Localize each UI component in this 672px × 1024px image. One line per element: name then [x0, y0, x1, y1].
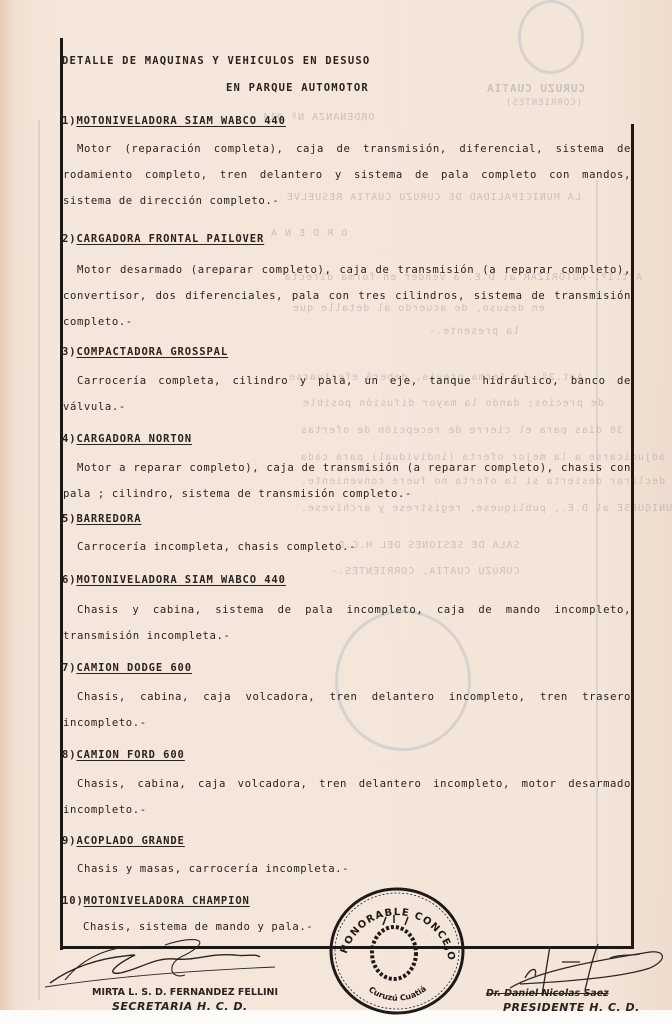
item-heading: 4)CARGADORA NORTON	[62, 433, 192, 445]
item-name: BARREDORA	[76, 513, 141, 525]
item-heading: 9)ACOPLADO GRANDE	[62, 835, 185, 847]
document-title: DETALLE DE MAQUINAS Y VEHICULOS EN DESUS…	[62, 55, 370, 67]
president-name-stamp: Dr. Daniel Nicolas Saez	[486, 988, 609, 999]
ghost-line	[38, 120, 40, 1000]
item-description: Carrocería completa, cilindro y pala, un…	[63, 368, 631, 420]
item-description: Motor (reparación completa), caja de tra…	[63, 136, 631, 214]
secretary-role: SECRETARIA H. C. D.	[112, 1000, 248, 1013]
item-number: 2)	[62, 233, 76, 245]
secretary-name-stamp: MIRTA L. S. D. FERNANDEZ FELLINI	[92, 987, 278, 998]
item-name: CARGADORA FRONTAL PAILOVER	[76, 233, 264, 245]
item-number: 1)	[62, 115, 76, 127]
item-heading: 5)BARREDORA	[62, 513, 141, 525]
ghost-header-city: CURUZU CUATIA	[486, 82, 585, 95]
item-heading: 7)CAMION DODGE 600	[62, 662, 192, 674]
council-seal-icon: HONORABLE CONCEJO DELIBERANTE Curuzú Cua…	[328, 885, 466, 1017]
item-number: 4)	[62, 433, 76, 445]
ghost-order-label: O R D E N A	[270, 228, 347, 239]
item-name: MOTONIVELADORA CHAMPION	[84, 895, 250, 907]
item-description: Chasis y cabina, sistema de pala incompl…	[63, 597, 631, 649]
item-number: 9)	[62, 835, 76, 847]
ghost-line-text: 30 días para el cierre de recepción de o…	[300, 425, 623, 436]
item-description: Carrocería incompleta, chasis completo.-	[63, 534, 631, 560]
item-description: Chasis, cabina, caja volcadora, tren del…	[63, 684, 631, 736]
item-description: Chasis, cabina, caja volcadora, tren del…	[63, 771, 631, 823]
document-subtitle: EN PARQUE AUTOMOTOR	[226, 82, 369, 94]
item-heading: 2)CARGADORA FRONTAL PAILOVER	[62, 233, 264, 245]
item-description: Motor desarmado (areparar completo), caj…	[63, 257, 631, 335]
item-description: Motor a reparar completo), caja de trans…	[63, 455, 631, 507]
item-number: 6)	[62, 574, 76, 586]
item-description: Chasis y masas, carrocería incompleta.-	[63, 856, 631, 882]
item-heading: 10)MOTONIVELADORA CHAMPION	[62, 895, 250, 907]
item-name: MOTONIVELADORA SIAM WABCO 440	[76, 574, 285, 586]
item-number: 3)	[62, 346, 76, 358]
item-name: MOTONIVELADORA SIAM WABCO 440	[76, 115, 285, 127]
item-heading: 8)CAMION FORD 600	[62, 749, 185, 761]
ghost-coat-of-arms-icon	[518, 0, 584, 74]
item-number: 10)	[62, 895, 84, 907]
item-number: 7)	[62, 662, 76, 674]
svg-text:Curuzú Cuatiá: Curuzú Cuatiá	[367, 984, 428, 1003]
item-name: COMPACTADORA GROSSPAL	[76, 346, 228, 358]
item-name: CARGADORA NORTON	[76, 433, 192, 445]
president-role: PRESIDENTE H. C. D.	[503, 1001, 640, 1014]
ghost-line-text: CURUZU CUATIA, CORRIENTES.-	[330, 566, 520, 577]
item-number: 8)	[62, 749, 76, 761]
item-heading: 1)MOTONIVELADORA SIAM WABCO 440	[62, 115, 286, 127]
item-heading: 6)MOTONIVELADORA SIAM WABCO 440	[62, 574, 286, 586]
item-number: 5)	[62, 513, 76, 525]
frame-border-right	[631, 124, 634, 947]
item-name: CAMION FORD 600	[76, 749, 184, 761]
svg-text:HONORABLE CONCEJO DELIBERANTE: HONORABLE CONCEJO DELIBERANTE	[328, 885, 457, 962]
signature-secretary-icon	[45, 935, 285, 995]
item-name: ACOPLADO GRANDE	[76, 835, 184, 847]
ghost-header-province: (CORRIENTES)	[505, 98, 582, 108]
item-heading: 3)COMPACTADORA GROSSPAL	[62, 346, 228, 358]
item-name: CAMION DODGE 600	[76, 662, 192, 674]
